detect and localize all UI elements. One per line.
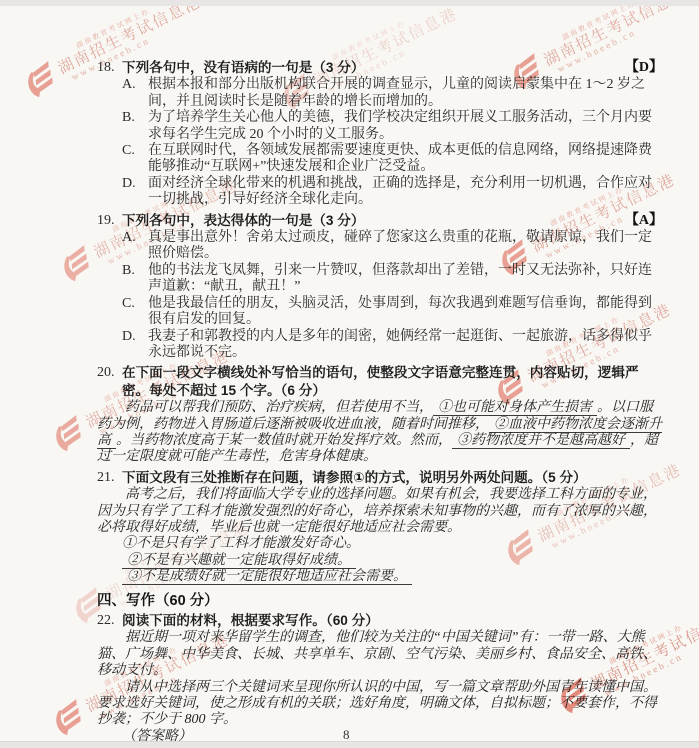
question-20: 20. 在下面一段文字横线处补写恰当的语句，使整段文字语意完整连贯，内容贴切，逻… — [97, 365, 663, 465]
option-text: 在互联网时代，各领域发展都需要速度更快、成本更低的信息网络，网络提速降费能够推动… — [148, 143, 663, 176]
blank-answer-3: ③药物浓度并不是越高越好 — [452, 433, 630, 449]
answer-text: ①不是只有学了工科才能激发好奇心。 — [122, 536, 360, 551]
answer-text: ③不是成绩好就一定能很好地适应社会需要。 — [122, 569, 412, 585]
question-19: 19. 【A】 下列各句中，表达得体的一句是（3 分） A. 真是事出意外！舍弟… — [97, 213, 663, 362]
option-text: 为了培养学生关心他人的美德，我们学校决定组织开展义工服务活动，三个月内要求每名学… — [148, 110, 663, 143]
option-label: B. — [122, 263, 148, 296]
option-row: A. 根据本报和部分出版机构联合开展的调查显示，儿童的阅读启蒙集中在 1～2 岁… — [122, 77, 663, 110]
q21-answer-3: ③不是成绩好就一定能很好地适应社会需要。 — [122, 569, 663, 585]
option-label: C. — [122, 296, 148, 329]
q21-answer-1: ①不是只有学了工科才能激发好奇心。 — [122, 536, 663, 552]
option-label: D. — [122, 329, 148, 362]
section-heading-writing: 四、写作（60 分） — [97, 593, 663, 609]
option-row: B. 他的书法龙飞凤舞，引来一片赞叹，但落款却出了差错，一时又无法弥补，只好连声… — [122, 263, 663, 296]
answer-omitted-note: （答案略） — [122, 729, 663, 742]
question-number: 19. — [97, 213, 122, 230]
question-number: 20. — [97, 365, 122, 400]
option-row: B. 为了培养学生关心他人的美德，我们学校决定组织开展义工服务活动，三个月内要求… — [122, 110, 663, 143]
scan-edge-bottom — [0, 741, 699, 748]
passage-text: 药品可以帮我们预防、治疗疾病，但若使用不当， — [125, 400, 433, 415]
option-text: 他的书法龙飞凤舞，引来一片赞叹，但落款却出了差错，一时又无法弥补，只好连声道歉：… — [148, 263, 663, 296]
option-row: D. 我妻子和郭教授的内人是多年的闺密，她俩经常一起逛街、一起旅游，话多得似乎永… — [122, 329, 663, 362]
q21-passage: 高考之后，我们将面临大学专业的选择问题。如果有机会，我要选择工科方面的专业，因为… — [97, 487, 663, 536]
option-row: A. 真是事出意外！舍弟太过顽皮，碰碎了您家这么贵重的花瓶，敬请原谅，我们一定照… — [122, 230, 663, 263]
exam-content: 18. 【D】 下列各句中，没有语病的一句是（3 分） A. 根据本报和部分出版… — [0, 6, 699, 742]
question-22: 22. 阅读下面的材料，根据要求写作。（60 分） 据近期一项对来华留学生的调查… — [97, 613, 663, 742]
blank-answer-1: ①也可能对身体产生损害 — [433, 400, 597, 416]
option-text: 面对经济全球化带来的机遇和挑战，正确的选择是，充分利用一切机遇，合作应对一切挑战… — [148, 176, 663, 209]
q20-passage: 药品可以帮我们预防、治疗疾病，但若使用不当，①也可能对身体产生损害。以口服药为例… — [97, 400, 663, 466]
material-paragraph: 请从中选择两三个关键词来呈现你所认识的中国，写一篇文章帮助外国青年读懂中国。要求… — [97, 680, 663, 729]
question-stem: 下列各句中，表达得体的一句是（3 分） — [122, 213, 364, 228]
option-label: A. — [122, 77, 148, 110]
question-number: 18. — [97, 60, 122, 77]
question-number: 21. — [97, 470, 122, 487]
question-18: 18. 【D】 下列各句中，没有语病的一句是（3 分） A. 根据本报和部分出版… — [97, 60, 663, 209]
q21-answer-2: ②不是有兴趣就一定能取得好成绩。 — [122, 553, 663, 569]
option-label: C. — [122, 143, 148, 176]
option-label: B. — [122, 110, 148, 143]
question-stem: 下列各句中，没有语病的一句是（3 分） — [122, 60, 364, 75]
option-text: 根据本报和部分出版机构联合开展的调查显示，儿童的阅读启蒙集中在 1～2 岁之间，… — [148, 77, 663, 110]
option-text: 真是事出意外！舍弟太过顽皮，碰碎了您家这么贵重的花瓶，敬请原谅，我们一定照价赔偿… — [148, 230, 663, 263]
question-number: 22. — [97, 613, 122, 630]
option-label: D. — [122, 176, 148, 209]
answer-marker: 【A】 — [625, 213, 663, 229]
option-text: 他是我最信任的朋友，头脑灵活，处事周到，每次我遇到难题写信垂询，都能得到很有启发… — [148, 296, 663, 329]
scanned-exam-page: 湖南教育考试网上办 湖南招生考试信息港 www.hneeb.cn 湖南教育考试网… — [0, 6, 699, 742]
answer-text: ②不是有兴趣就一定能取得好成绩。 — [122, 553, 356, 569]
option-label: A. — [122, 230, 148, 263]
passage-text: 。当药物浓度高于某一数值时就开始发挥疗效。然而， — [116, 433, 452, 448]
question-21: 21. 下面文段有三处推断存在问题，请参照①的方式，说明另外两处问题。（5 分）… — [97, 470, 663, 586]
option-row: C. 在互联网时代，各领域发展都需要速度更快、成本更低的信息网络，网络提速降费能… — [122, 143, 663, 176]
option-text: 我妻子和郭教授的内人是多年的闺密，她俩经常一起逛街、一起旅游，话多得似乎永远都说… — [148, 329, 663, 362]
answer-marker: 【D】 — [625, 60, 663, 76]
question-stem: 下面文段有三处推断存在问题，请参照①的方式，说明另外两处问题。（5 分） — [122, 470, 587, 485]
question-stem: 阅读下面的材料，根据要求写作。（60 分） — [122, 613, 379, 628]
question-stem: 在下面一段文字横线处补写恰当的语句，使整段文字语意完整连贯，内容贴切，逻辑严密。… — [122, 365, 639, 397]
option-row: D. 面对经济全球化带来的机遇和挑战，正确的选择是，充分利用一切机遇，合作应对一… — [122, 176, 663, 209]
page-number: 8 — [343, 727, 350, 742]
option-row: C. 他是我最信任的朋友，头脑灵活，处事周到，每次我遇到难题写信垂询，都能得到很… — [122, 296, 663, 329]
material-paragraph: 据近期一项对来华留学生的调查，他们较为关注的“中国关键词”有：一带一路、大熊猫、… — [97, 630, 663, 679]
